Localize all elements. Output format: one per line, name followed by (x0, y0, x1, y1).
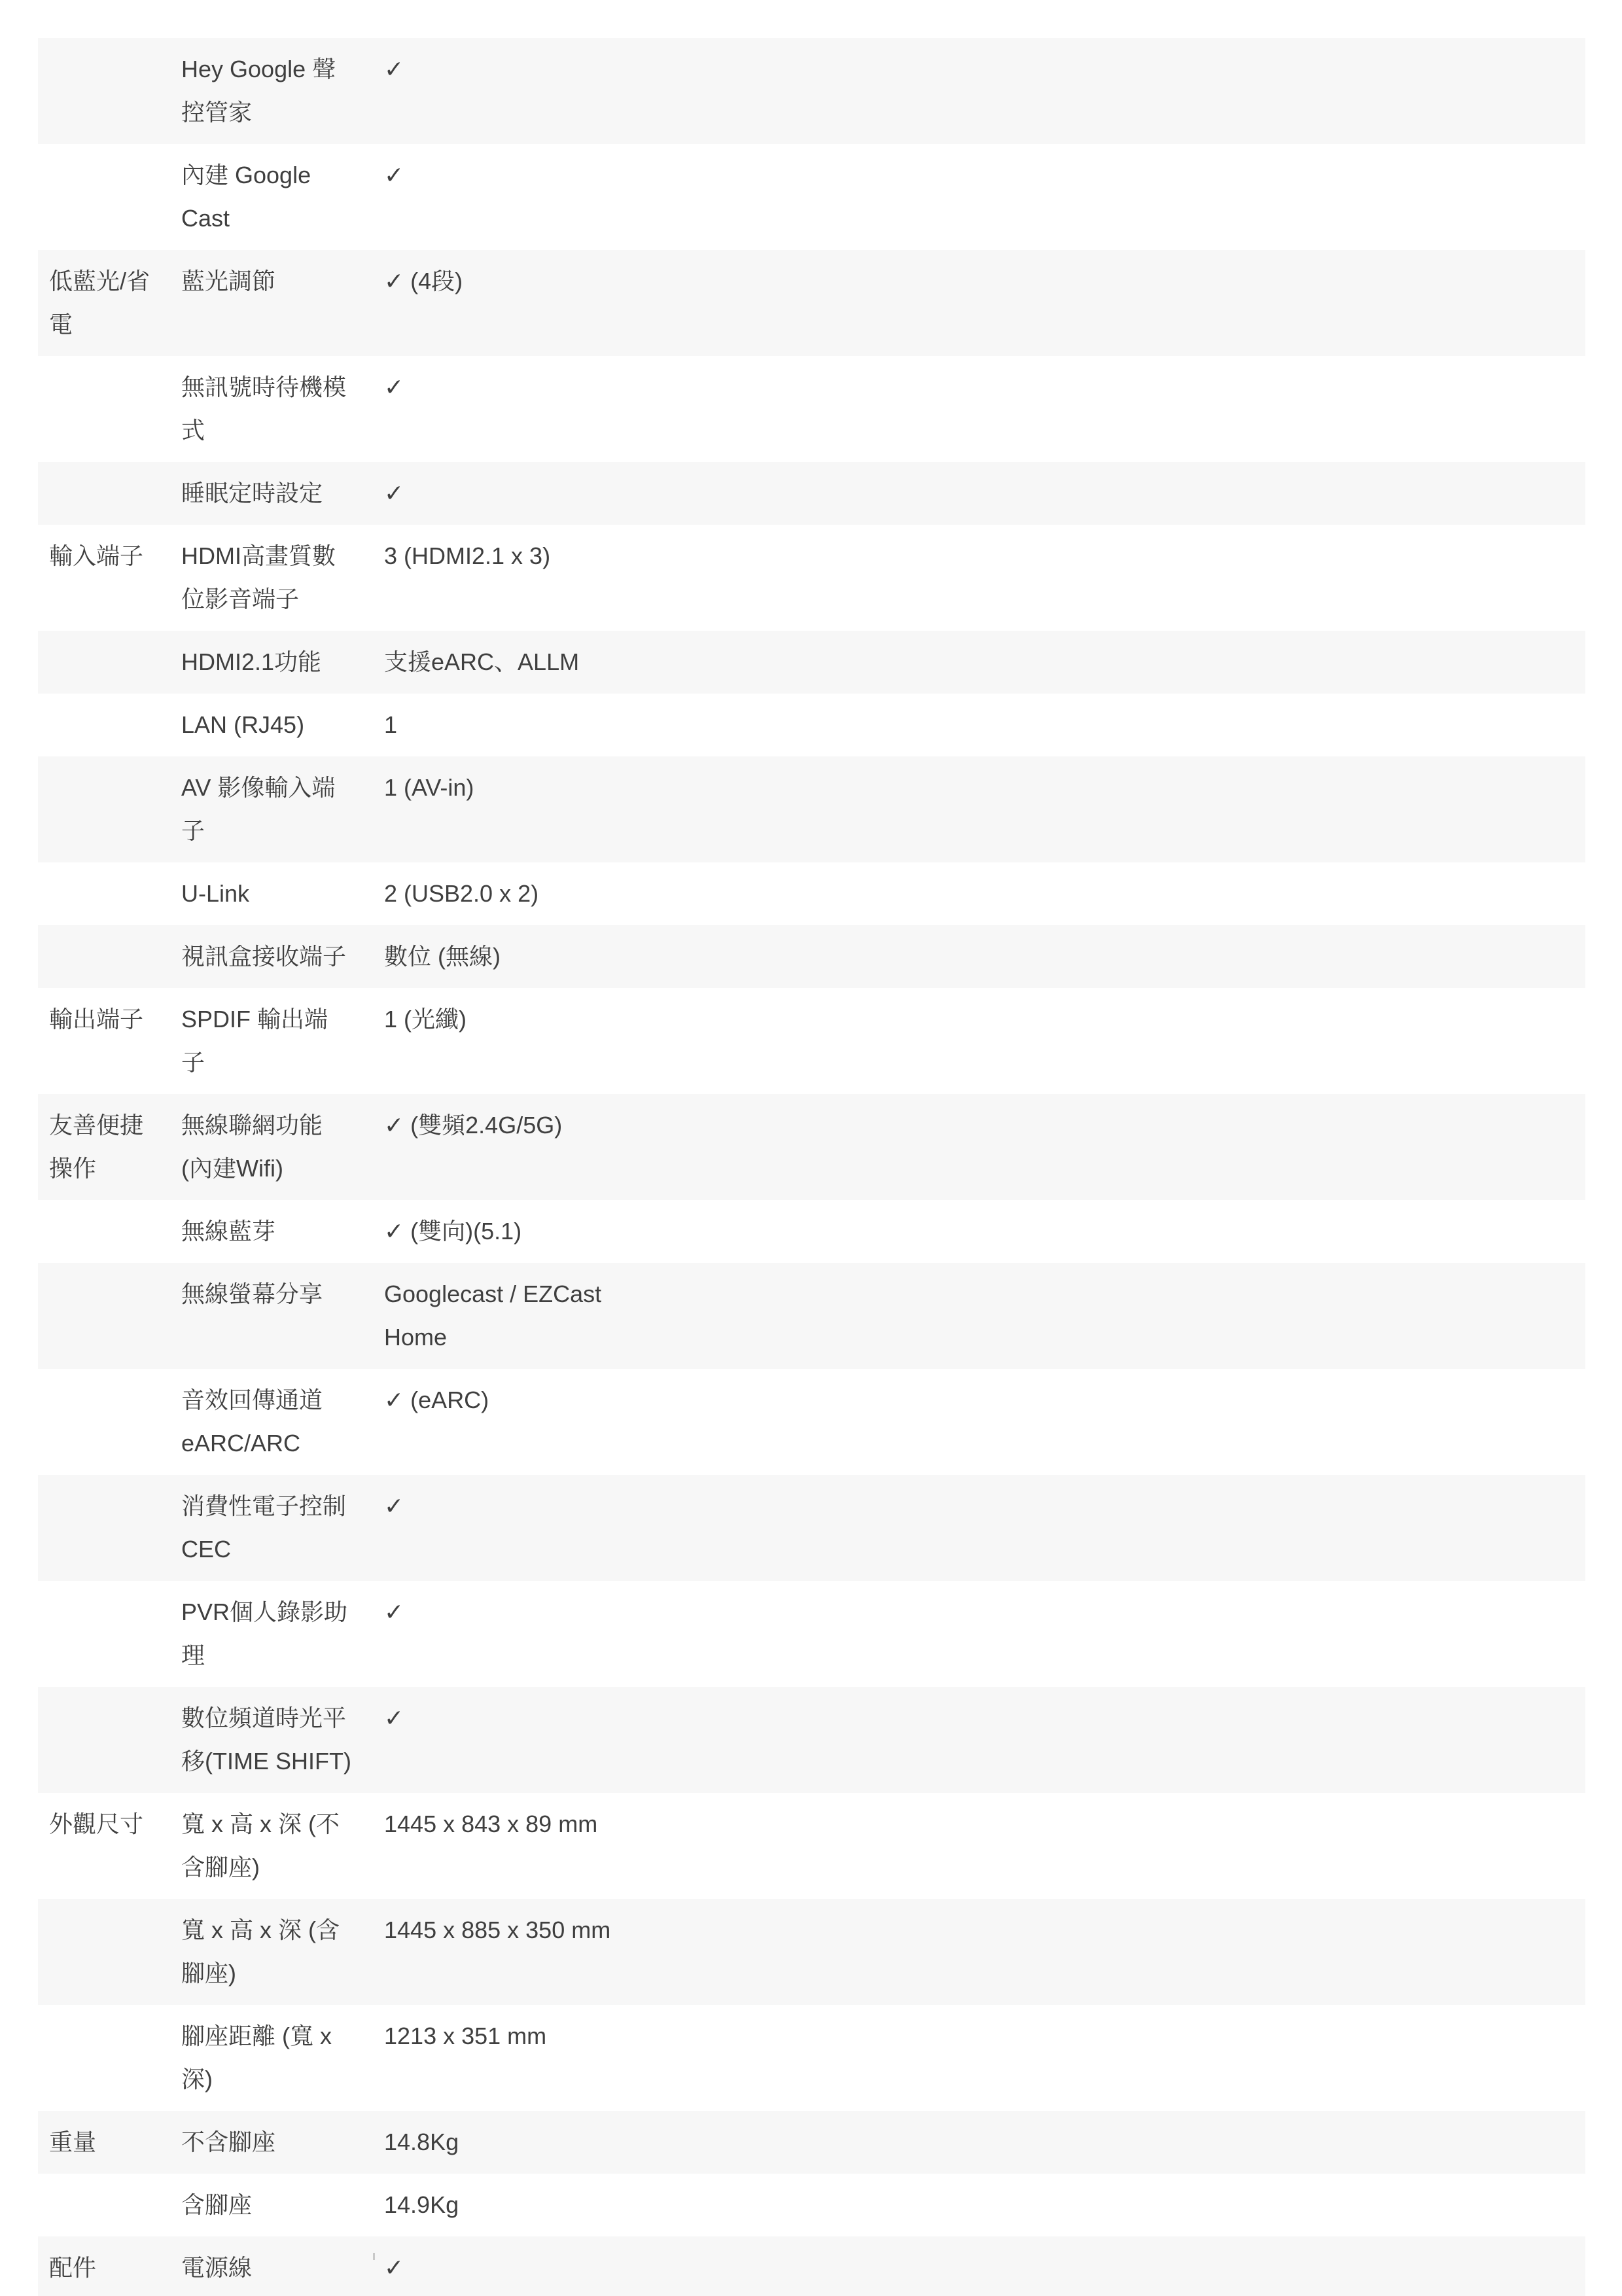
spec-row: 睡眠定時設定✓ (38, 462, 1585, 525)
spec-row: 重量不含腳座14.8Kg (38, 2111, 1585, 2174)
value-cell: ✓ (384, 1485, 659, 1528)
value-cell: 14.9Kg (384, 2183, 659, 2227)
spec-row: 數位頻道時光平移(TIME SHIFT)✓ (38, 1687, 1585, 1793)
value-cell: ✓ (384, 154, 659, 197)
feature-cell: 無線螢幕分享 (181, 1273, 351, 1316)
spec-row: HDMI2.1功能支援eARC、ALLM (38, 631, 1585, 694)
spec-row: AV 影像輸入端子1 (AV-in) (38, 756, 1585, 862)
spec-row: 內建 Google Cast✓ (38, 144, 1585, 250)
feature-cell: HDMI2.1功能 (181, 641, 351, 684)
spec-table: Hey Google 聲控管家✓內建 Google Cast✓低藍光/省電藍光調… (38, 38, 1585, 2296)
category-cell: 配件 (49, 2246, 154, 2289)
category-cell: 低藍光/省電 (49, 260, 154, 346)
feature-cell: 含腳座 (181, 2183, 351, 2227)
value-cell: 數位 (無線) (384, 935, 659, 978)
feature-cell: LAN (RJ45) (181, 703, 351, 747)
spec-row: 外觀尺寸寬 x 高 x 深 (不含腳座)1445 x 843 x 89 mm (38, 1793, 1585, 1899)
value-cell: ✓ (雙向)(5.1) (384, 1210, 659, 1253)
category-cell: 輸入端子 (49, 535, 154, 578)
spec-row: 無線藍芽✓ (雙向)(5.1) (38, 1200, 1585, 1263)
value-cell: ✓ (384, 366, 659, 409)
spec-row: 友善便捷操作無線聯網功能 (內建Wifi)✓ (雙頻2.4G/5G) (38, 1094, 1585, 1200)
spec-row: Hey Google 聲控管家✓ (38, 38, 1585, 144)
feature-cell: 電源線 (181, 2246, 351, 2289)
spec-row: 輸出端子SPDIF 輸出端子1 (光纖) (38, 988, 1585, 1094)
feature-cell: 無線聯網功能 (內建Wifi) (181, 1104, 351, 1190)
value-cell: ✓ (384, 472, 659, 515)
feature-cell: 藍光調節 (181, 260, 351, 303)
feature-cell: AV 影像輸入端子 (181, 766, 351, 853)
value-cell: 1445 x 843 x 89 mm (384, 1803, 659, 1846)
feature-cell: 音效回傳通道 eARC/ARC (181, 1379, 351, 1465)
value-cell: ✓ (eARC) (384, 1379, 659, 1422)
spec-row: 含腳座14.9Kg (38, 2174, 1585, 2236)
value-cell: 2 (USB2.0 x 2) (384, 872, 659, 915)
value-cell: ✓ (384, 2246, 659, 2289)
value-cell: Googlecast / EZCast Home (384, 1273, 659, 1359)
spec-row: LAN (RJ45)1 (38, 694, 1585, 756)
feature-cell: 腳座距離 (寬 x 深) (181, 2015, 351, 2101)
feature-cell: 內建 Google Cast (181, 154, 351, 240)
value-cell: ✓ (384, 1591, 659, 1634)
spec-row: 低藍光/省電藍光調節✓ (4段) (38, 250, 1585, 356)
value-cell: ✓ (4段) (384, 260, 659, 303)
spec-row: 輸入端子HDMI高畫質數位影音端子3 (HDMI2.1 x 3) (38, 525, 1585, 631)
feature-cell: HDMI高畫質數位影音端子 (181, 535, 351, 621)
feature-cell: 不含腳座 (181, 2121, 351, 2164)
spec-row: 無訊號時待機模式✓ (38, 356, 1585, 462)
spec-row: 寬 x 高 x 深 (含腳座)1445 x 885 x 350 mm (38, 1899, 1585, 2005)
feature-cell: 消費性電子控制 CEC (181, 1485, 351, 1571)
category-cell: 友善便捷操作 (49, 1104, 154, 1190)
value-cell: ✓ (384, 1697, 659, 1740)
feature-cell: 寬 x 高 x 深 (含腳座) (181, 1909, 351, 1995)
value-cell: 1 (光纖) (384, 998, 659, 1041)
feature-cell: 無線藍芽 (181, 1210, 351, 1253)
feature-cell: 無訊號時待機模式 (181, 366, 351, 452)
feature-cell: U-Link (181, 872, 351, 915)
spec-row: PVR個人錄影助理✓ (38, 1581, 1585, 1687)
spec-row: U-Link2 (USB2.0 x 2) (38, 862, 1585, 925)
feature-cell: SPDIF 輸出端子 (181, 998, 351, 1084)
spec-row: 消費性電子控制 CEC✓ (38, 1475, 1585, 1581)
value-cell: 1 (384, 703, 659, 747)
feature-cell: 睡眠定時設定 (181, 472, 351, 515)
text-caret (373, 2253, 375, 2260)
feature-cell: 數位頻道時光平移(TIME SHIFT) (181, 1697, 351, 1783)
feature-cell: PVR個人錄影助理 (181, 1591, 351, 1677)
feature-cell: Hey Google 聲控管家 (181, 48, 351, 134)
value-cell: 1 (AV-in) (384, 766, 659, 809)
value-cell: 1445 x 885 x 350 mm (384, 1909, 659, 1952)
value-cell: 3 (HDMI2.1 x 3) (384, 535, 659, 578)
spec-row: 配件電源線✓ (38, 2236, 1585, 2296)
spec-row: 視訊盒接收端子數位 (無線) (38, 925, 1585, 988)
feature-cell: 寬 x 高 x 深 (不含腳座) (181, 1803, 351, 1889)
value-cell: 14.8Kg (384, 2121, 659, 2164)
category-cell: 重量 (49, 2121, 154, 2164)
value-cell: ✓ (雙頻2.4G/5G) (384, 1104, 659, 1147)
spec-row: 音效回傳通道 eARC/ARC✓ (eARC) (38, 1369, 1585, 1475)
category-cell: 外觀尺寸 (49, 1803, 154, 1846)
value-cell: ✓ (384, 48, 659, 91)
value-cell: 支援eARC、ALLM (384, 641, 659, 684)
spec-row: 無線螢幕分享Googlecast / EZCast Home (38, 1263, 1585, 1369)
category-cell: 輸出端子 (49, 998, 154, 1041)
value-cell: 1213 x 351 mm (384, 2015, 659, 2058)
spec-row: 腳座距離 (寬 x 深)1213 x 351 mm (38, 2005, 1585, 2111)
feature-cell: 視訊盒接收端子 (181, 935, 351, 978)
